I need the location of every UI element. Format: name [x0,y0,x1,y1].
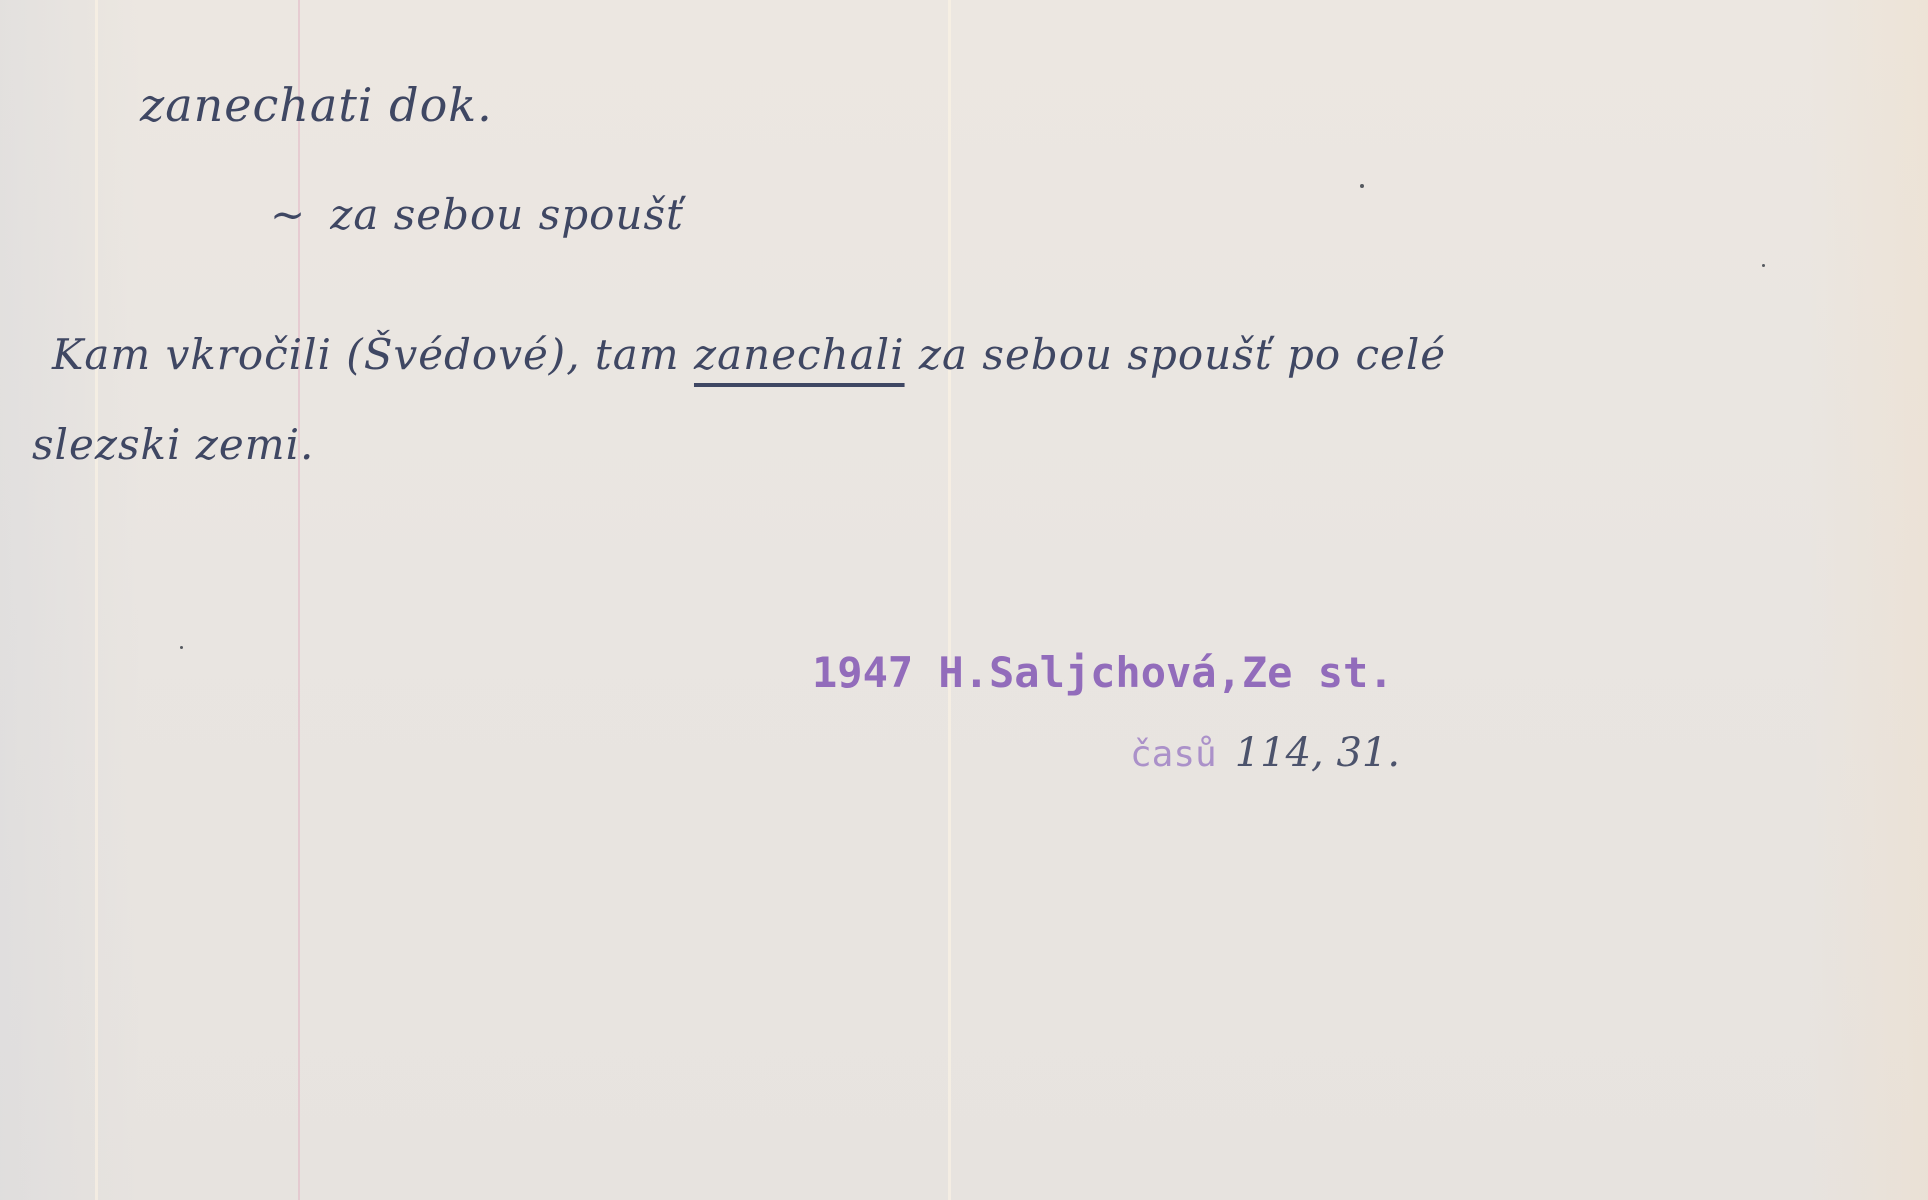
headword: zanechati dok. [140,78,493,132]
example-sentence-line-1: Kam vkročili (Švédové), tam zanechali za… [52,330,1446,379]
paper-speck [1762,264,1765,267]
page-reference: 114, 31. [1235,730,1400,776]
source-stamp-line-1: 1947 H.Saljchová,Ze st. [812,648,1394,697]
example-text-after: za sebou spoušť po celé [905,330,1447,379]
source-stamp-line-2: časů114, 31. [1130,730,1400,776]
example-text-before: Kam vkročili (Švédové), tam [52,330,694,379]
index-card: zanechati dok. ~za sebou spoušť Kam vkro… [0,0,1928,1200]
paper-fold-line [95,0,98,1200]
source-stamp-text: časů [1130,734,1217,775]
paper-fold-line [948,0,951,1200]
phrase: ~za sebou spoušť [270,190,684,239]
example-sentence-line-2: slezski zemi. [32,420,314,469]
paper-speck [180,646,183,649]
paper-speck [1360,184,1364,188]
example-keyword-underlined: zanechali [694,330,905,379]
margin-line [298,0,300,1200]
tilde-symbol: ~ [270,190,306,239]
phrase-text: za sebou spoušť [330,190,684,239]
